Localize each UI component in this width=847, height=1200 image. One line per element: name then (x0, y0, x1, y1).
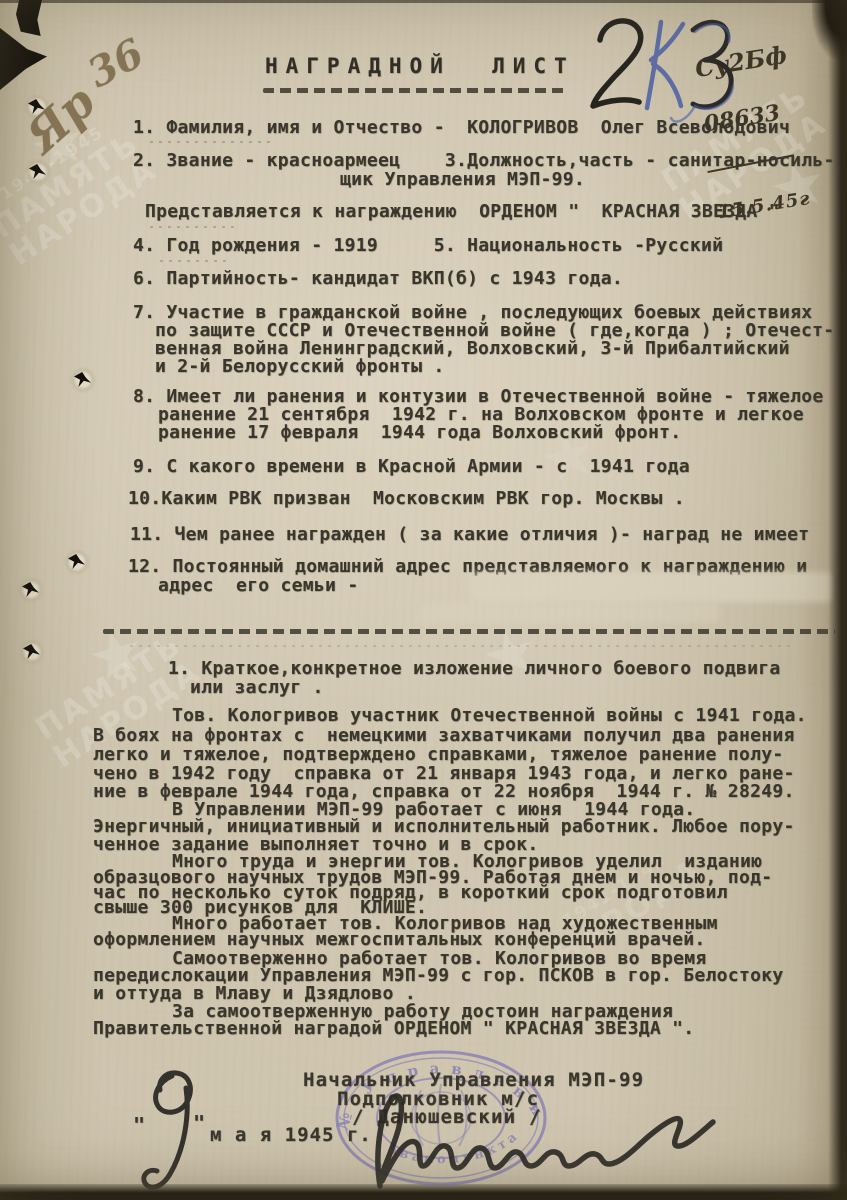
feat-text-line: Правительственной наградой ОРДЕНОМ " КРА… (93, 1019, 694, 1038)
field-wounds: ранение 17 февраля 1944 года Волховский … (158, 423, 681, 442)
redacted-area (420, 604, 720, 622)
paper-tear (16, 0, 42, 36)
award-proposal: Представляется к награждению ОРДЕНОМ " К… (145, 202, 780, 221)
redacted-area (470, 572, 830, 602)
page-edge-shadow (828, 0, 847, 1200)
field-name: 1. Фамилия, имя и Отчество - КОЛОГРИВОВ … (133, 118, 790, 137)
star-icon: ★ (79, 612, 154, 698)
field-war-participation: и 2-й Белорусский фронты . (155, 357, 445, 376)
margin-number-handwritten: 36 (80, 30, 151, 98)
punch-hole (62, 548, 92, 576)
feat-text-line: легко и тяжелое, подтверждено справками,… (93, 745, 784, 764)
punch-hole (16, 576, 46, 604)
page-edge-shadow (0, 0, 847, 3)
field-party: 6. Партийность- кандидат ВКП(б) с 1943 г… (133, 269, 623, 288)
field-drafted-by: 10.Каким РВК призван Московским РВК гор.… (128, 489, 685, 508)
guide-dots (160, 260, 230, 262)
section-separator (103, 629, 835, 634)
title-underline (263, 88, 568, 93)
field-previous-awards: 11. Чем ранее награжден ( за какие отлич… (130, 525, 809, 544)
feat-text-line: В боях на фронтах с немецкими захватчика… (93, 726, 795, 745)
field-birth-nationality: 4. Год рождения - 1919 5. Национальность… (133, 236, 723, 255)
punch-hole (68, 366, 98, 394)
document-title: НАГРАДНОЙ ЛИСТ (265, 57, 575, 76)
paper-tear (0, 28, 47, 90)
feat-text-line: оформлением научных межгоспитальных конф… (93, 930, 706, 949)
field-rank-position: щик Управления МЭП-99. (340, 170, 585, 189)
punch-hole (23, 158, 53, 186)
field-home-address: адрес его семьи - (158, 576, 358, 595)
feat-heading: или заслуг . (190, 678, 324, 697)
signoff-surname: / Данюшевский / (352, 1108, 542, 1127)
code-text: Су2Бф (693, 42, 789, 81)
guide-dots (150, 226, 240, 228)
field-service-since: 9. С какого времени в Красной Армии - с … (133, 457, 690, 476)
stamp-arc-bottom-text: эвакопункта (386, 1127, 523, 1167)
date-quote-close: " (193, 1114, 205, 1133)
page-edge-shadow (0, 1184, 847, 1200)
date-text: м а я 1945 г. (210, 1126, 372, 1145)
punch-hole (17, 638, 47, 666)
svg-text:эвакопункта: эвакопункта (386, 1127, 523, 1167)
margin-note-handwritten: Яр (15, 75, 105, 164)
star-icon: ★ (473, 612, 548, 698)
award-sheet-page: 1941-1945 ПАМЯТЬ НАРОДА ПАМЯТЬ НАРОДА ПА… (0, 0, 847, 1200)
date-quote-open: " (133, 1116, 145, 1135)
feat-text-line: Тов. Кологривов участник Отечественной в… (172, 706, 807, 725)
page-edge-shadow (812, 0, 847, 60)
field-rank-position: 2. Звание - красноармеец 3.Должность,час… (133, 151, 835, 170)
section-separator-ghost (130, 645, 790, 647)
guide-dots (150, 141, 270, 143)
feat-heading: 1. Краткое,конкретное изложение личного … (168, 659, 781, 678)
